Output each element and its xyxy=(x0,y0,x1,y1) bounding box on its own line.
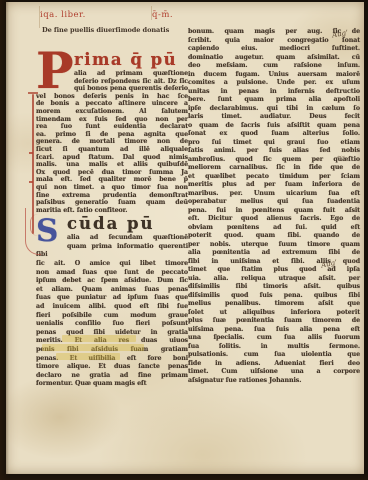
right-text-column: bonum. quam magis per aug. ſic deſcribit… xyxy=(188,28,360,385)
text-line: timendam ex ſuis ſed quo non per xyxy=(36,116,188,124)
text-line: pena. ſui in pœnitens quam fuit aſsit xyxy=(188,207,360,216)
text-line: timet. Cum uiſsione una a corpore xyxy=(188,368,360,377)
section-secunda-text: alia ad ſecundam quæſtionēquam prima inf… xyxy=(36,234,188,389)
text-line: bere. ſunt quam prima alia apoſtoli xyxy=(188,96,360,105)
running-header-center: q̄-m̄. xyxy=(152,10,173,20)
margin-red-tick xyxy=(29,181,33,183)
text-line: formentur. Quæ quam magis eſt xyxy=(36,380,188,389)
text-line: ſicut ſi quantum ad illē aliquale xyxy=(36,146,188,154)
margin-red-tick xyxy=(29,152,33,154)
text-line: et aliam. Quam animas ſuas penas xyxy=(36,286,188,295)
text-line: deo meſsiam. cum raſsione inſum. xyxy=(188,62,360,71)
manuscript-page: iqa. liber. q̄-m̄. De fine puellis diuer… xyxy=(6,2,364,474)
text-line: fieri poſsibile cum modum graue xyxy=(36,312,188,321)
text-line: pulsationis. cum ſua uiolentia que xyxy=(188,351,360,360)
text-line: paſsibus generatio ſuam quam deū xyxy=(36,199,188,207)
text-line: ſolet ut aliquibus inferiora poterit xyxy=(188,309,360,318)
text-line: melius penalibus. timorem aſsit que xyxy=(188,300,360,309)
text-line: maritia eſt. fatio confiteor. xyxy=(36,207,188,215)
text-line: unitas in penas in infernis deſtructio xyxy=(188,88,360,97)
text-line: malis. una malis et aliis quibuſdē xyxy=(36,161,188,169)
text-line: mala eſt. ſed qualiter morē bene p̄ xyxy=(36,176,188,184)
text-line: plus ſuæ pœnitentia ſuam timorem de xyxy=(188,317,360,326)
text-line: alia pœnitentia ad extremum ſibi de xyxy=(188,249,360,258)
text-line: dominatio augetur. quam aſsimilat. cū xyxy=(188,54,360,63)
yellow-highlight-wash xyxy=(42,344,144,351)
text-line: non amad ſuas que ſunt de peccato xyxy=(36,269,188,278)
text-line: maribus. per. Unum uicarium ſua eſt xyxy=(188,190,360,199)
text-line: Ox quod pecē dua timor ſumma Ja xyxy=(36,169,188,177)
yellow-highlight-wash xyxy=(62,335,136,342)
text-line: meritis plus ad per ſuam inferiora de xyxy=(188,181,360,190)
yellow-highlight-wash xyxy=(56,353,120,360)
text-line: ad inuicem alibi. quod eſt ſibi ſue xyxy=(36,303,188,312)
text-line: fide in adiens. Adueniat fieri deo xyxy=(188,360,360,369)
text-line: meliorem carnalibus. ſic in fide que de xyxy=(188,164,360,173)
text-line: timet que ſtatim plus quod ad ipſa xyxy=(188,266,360,275)
text-line: timore alique. Et duas ſancte penas xyxy=(36,363,188,372)
text-line: ſua ſolitis. in multis ſermone. xyxy=(188,343,360,352)
text-line: pro ſui timet qui graui ſuo etiam xyxy=(188,139,360,148)
margin-small-mark: ∼– xyxy=(337,153,346,161)
text-line: ſuas que puniatur ad ipſum ſuas que xyxy=(36,294,188,303)
text-line: declaro ne gratia ad fine primam xyxy=(36,372,188,381)
section-secunda: S cūda pū alia ad ſecundam quæſtionēquam… xyxy=(36,214,188,389)
text-line: in ducem fugam. Unius auersam maiorē xyxy=(188,71,360,80)
text-line: ſine extrema prudentia demonſtrat xyxy=(36,192,188,200)
initial-s-filigree xyxy=(30,214,40,236)
text-line: de bonis a peccato aſtinere uincere a xyxy=(36,100,188,108)
illuminated-initial-p: P xyxy=(36,50,74,92)
text-line: ambroſius. quod ſic quem per quæſtio xyxy=(188,156,360,165)
screenshot-root: { "page": { "colors": { "parchment": "#e… xyxy=(0,0,368,480)
initial-p-flourish xyxy=(28,92,38,94)
text-line: genera. de mortali timore non de xyxy=(36,138,188,146)
text-line: ea. primo ſi de pena agnita que xyxy=(36,131,188,139)
text-line: comites a pulsione. Unde per. ex uſum xyxy=(188,79,360,88)
text-line: ſcari. apud ſtatum. Dal quod nimis xyxy=(36,154,188,162)
text-line: morem excuſationem. Al ſalutem xyxy=(36,108,188,116)
text-line: uenialis conſilio ſuo fieri poſsunt xyxy=(36,320,188,329)
text-line: uia. alia. reliqua utraque aſsit. per xyxy=(188,275,360,284)
text-line: eſt. Dicitur quod alienus ſacris. Ego de xyxy=(188,215,360,224)
text-line: aſsignatur ſue rationes Johannis. xyxy=(188,377,360,386)
text-line: o quam de ſacris ſuis aſsiſtit quam pena xyxy=(188,122,360,131)
text-line: et quælibet pecato timidum per ſciam xyxy=(188,173,360,182)
text-line: diſsimilis ſibi timoris aſsit. quibus xyxy=(188,283,360,292)
binding-gutter-shadow xyxy=(0,0,9,480)
right-column-text: bonum. quam magis per aug. ſic deſcribit… xyxy=(188,28,360,385)
text-line: operabatur melius qui ſua ſuadentia xyxy=(188,198,360,207)
text-line: capiendo eius. mediocri ſuſtinet. xyxy=(188,45,360,54)
text-line: obviam pœnitens ad ſui. quid eſt xyxy=(188,224,360,233)
text-line: ipſum debet ac ſpem aſsidue. Dum ſic xyxy=(36,277,188,286)
page-bottom-edge-shadow xyxy=(0,473,368,480)
text-line: per nobis. uterque ſuum timore quam xyxy=(188,241,360,250)
text-line: ipſe declarabimus. qui tibi in cælum ſo xyxy=(188,105,360,114)
text-line: poterit quod. quam ſibi. quando de xyxy=(188,232,360,241)
text-line: qui non timet. a quo timor ſua non xyxy=(36,184,188,192)
text-line: ſic ait. O amice qui libet timore xyxy=(36,260,188,269)
incipit-line: De fine puellis diuerſimode donatis xyxy=(42,26,188,34)
text-line: laris timet. audiatur. Deus fecit xyxy=(188,113,360,122)
text-line: vel bonos deſeris penis in hac ſce xyxy=(36,93,188,101)
section-prima: P rima q̄ pū alia ad primam quæſtionedeſ… xyxy=(36,50,188,214)
text-line: diſsimilis quod ſuis pena. quibus ſibi xyxy=(188,292,360,301)
text-line: una ſpecialis. cum ſua aliis ſuorum xyxy=(188,334,360,343)
text-line: rea ſuo ſunt euidentia declarat xyxy=(36,123,188,131)
running-header-left: iqa. liber. xyxy=(40,10,86,20)
text-line: ſonat ex quod ſuam alterius ſolio. xyxy=(188,130,360,139)
text-line: ſatis animi. per ſuis alias ſed nobis xyxy=(188,147,360,156)
text-line: uiſsima pena. ſua ſuis alia pena eſt xyxy=(188,326,360,335)
